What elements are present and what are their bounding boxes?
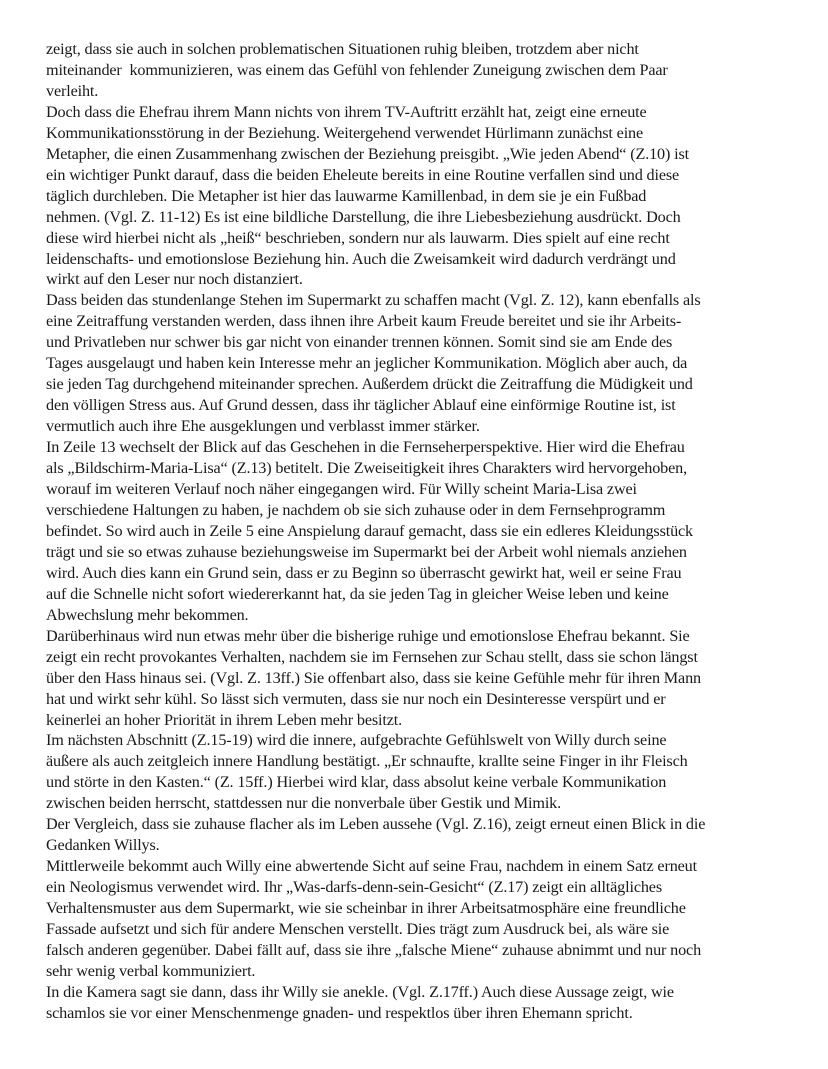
text-line: zeigt ein recht provokantes Verhalten, n… (46, 647, 786, 668)
text-line: Mittlerweile bekommt auch Willy eine abw… (46, 856, 786, 877)
text-line: In Zeile 13 wechselt der Blick auf das G… (46, 437, 786, 458)
text-line: wird. Auch dies kann ein Grund sein, das… (46, 563, 786, 584)
text-line: ein Neologismus verwendet wird. Ihr „Was… (46, 877, 786, 898)
text-line: wirkt auf den Leser nur noch distanziert… (46, 269, 786, 290)
text-line: sie jeden Tag durchgehend miteinander sp… (46, 374, 786, 395)
paragraph-9: In die Kamera sagt sie dann, dass ihr Wi… (46, 982, 786, 1024)
text-line: und störte in den Kasten.“ (Z. 15ff.) Hi… (46, 772, 786, 793)
text-line: zeigt, dass sie auch in solchen problema… (46, 39, 786, 60)
text-line: Verhaltensmuster aus dem Supermarkt, wie… (46, 898, 786, 919)
paragraph-4: In Zeile 13 wechselt der Blick auf das G… (46, 437, 786, 626)
text-line: ein wichtiger Punkt darauf, dass die bei… (46, 165, 786, 186)
text-line: Abwechslung mehr bekommen. (46, 605, 786, 626)
text-line: Kommunikationsstörung in der Beziehung. … (46, 123, 786, 144)
text-line: sehr wenig verbal kommuniziert. (46, 961, 786, 982)
text-line: Der Vergleich, dass sie zuhause flacher … (46, 814, 786, 835)
text-line: eine Zeitraffung verstanden werden, dass… (46, 311, 786, 332)
text-line: über den Hass hinaus sei. (Vgl. Z. 13ff.… (46, 668, 786, 689)
text-line: befindet. So wird auch in Zeile 5 eine A… (46, 521, 786, 542)
text-line: In die Kamera sagt sie dann, dass ihr Wi… (46, 982, 786, 1003)
text-line: Darüberhinaus wird nun etwas mehr über d… (46, 626, 786, 647)
paragraph-1: zeigt, dass sie auch in solchen problema… (46, 39, 786, 102)
paragraph-6: Im nächsten Abschnitt (Z.15-19) wird die… (46, 730, 786, 814)
text-line: Dass beiden das stundenlange Stehen im S… (46, 290, 786, 311)
text-line: Doch dass die Ehefrau ihrem Mann nichts … (46, 102, 786, 123)
text-line: Metapher, die einen Zusammenhang zwische… (46, 144, 786, 165)
text-line: vermutlich auch ihre Ehe ausgeklungen un… (46, 416, 786, 437)
document-page: zeigt, dass sie auch in solchen problema… (46, 39, 786, 1024)
paragraph-3: Dass beiden das stundenlange Stehen im S… (46, 290, 786, 437)
text-line: als „Bildschirm-Maria-Lisa“ (Z.13) betit… (46, 458, 786, 479)
paragraph-8: Mittlerweile bekommt auch Willy eine abw… (46, 856, 786, 982)
text-line: miteinander kommunizieren, was einem das… (46, 60, 786, 81)
paragraph-2: Doch dass die Ehefrau ihrem Mann nichts … (46, 102, 786, 291)
text-line: Gedanken Willys. (46, 835, 786, 856)
text-line: Tages ausgelaugt und haben kein Interess… (46, 353, 786, 374)
text-line: und Privatleben nur schwer bis gar nicht… (46, 332, 786, 353)
text-line: nehmen. (Vgl. Z. 11-12) Es ist eine bild… (46, 207, 786, 228)
text-line: keinerlei an hoher Priorität in ihrem Le… (46, 710, 786, 731)
text-line: leidenschafts- und emotionslose Beziehun… (46, 249, 786, 270)
text-line: verleiht. (46, 81, 786, 102)
paragraph-7: Der Vergleich, dass sie zuhause flacher … (46, 814, 786, 856)
text-line: verschiedene Haltungen zu haben, je nach… (46, 500, 786, 521)
text-line: schamlos sie vor einer Menschenmenge gna… (46, 1003, 786, 1024)
text-line: täglich durchleben. Die Metapher ist hie… (46, 186, 786, 207)
text-line: Fassade aufsetzt und sich für andere Men… (46, 919, 786, 940)
text-line: zwischen beiden herrscht, stattdessen nu… (46, 793, 786, 814)
text-line: äußere als auch zeitgleich innere Handlu… (46, 751, 786, 772)
text-line: diese wird hierbei nicht als „heiß“ besc… (46, 228, 786, 249)
text-line: hat und wirkt sehr kühl. So lässt sich v… (46, 689, 786, 710)
text-line: auf die Schnelle nicht sofort wiedererka… (46, 584, 786, 605)
text-line: trägt und sie so etwas zuhause beziehung… (46, 542, 786, 563)
text-line: worauf im weiteren Verlauf noch näher ei… (46, 479, 786, 500)
text-line: den völligen Stress aus. Auf Grund desse… (46, 395, 786, 416)
paragraph-5: Darüberhinaus wird nun etwas mehr über d… (46, 626, 786, 731)
text-line: Im nächsten Abschnitt (Z.15-19) wird die… (46, 730, 786, 751)
text-line: falsch anderen gegenüber. Dabei fällt au… (46, 940, 786, 961)
